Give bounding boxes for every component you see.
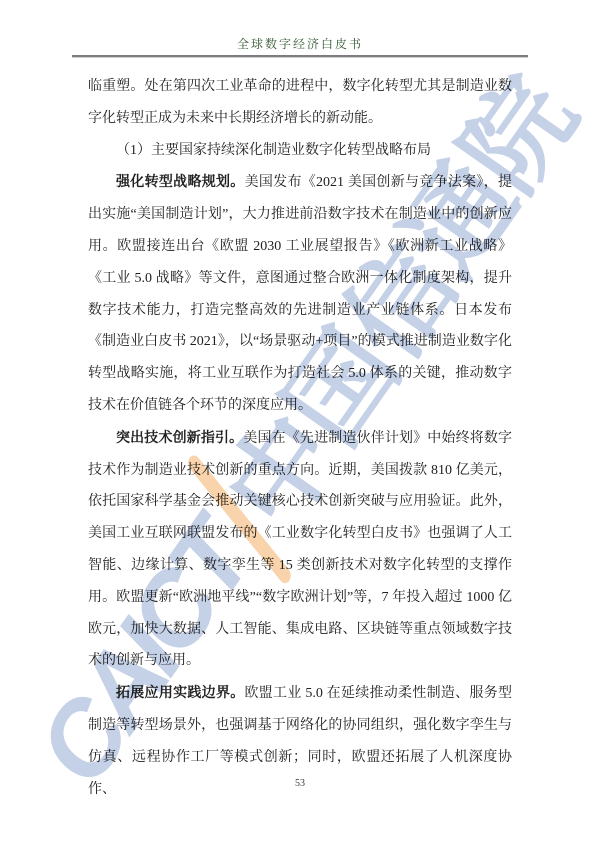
paragraph: （1）主要国家持续深化制造业数字化转型战略布局 <box>88 135 512 167</box>
body-text: 临重塑。处在第四次工业革命的进程中，数字化转型尤其是制造业数字化转型正成为未来中… <box>88 71 512 805</box>
paragraph-run: 临重塑。处在第四次工业革命的进程中，数字化转型尤其是制造业数字化转型正成为未来中… <box>88 79 512 126</box>
paragraph-run: （1）主要国家持续深化制造业数字化转型战略布局 <box>116 143 431 158</box>
page-header-title: 全球数字经济白皮书 <box>0 35 600 52</box>
paragraph: 强化转型战略规划。美国发布《2021 美国创新与竞争法案》，提出实施“美国制造计… <box>88 166 512 421</box>
paragraph-lead-bold: 强化转型战略规划。 <box>116 173 245 189</box>
paragraph-lead-bold: 突出技术创新指引。 <box>116 429 243 445</box>
paragraph: 临重塑。处在第四次工业革命的进程中，数字化转型尤其是制造业数字化转型正成为未来中… <box>88 71 512 135</box>
header-rule <box>72 55 528 58</box>
page-number: 53 <box>0 778 600 789</box>
paragraph-run: 美国在《先进制造伙伴计划》中始终将数字技术作为制造业技术创新的重点方向。近期，美… <box>88 431 512 669</box>
paragraph: 突出技术创新指引。美国在《先进制造伙伴计划》中始终将数字技术作为制造业技术创新的… <box>88 422 512 677</box>
document-page: 全球数字经济白皮书 临重塑。处在第四次工业革命的进程中，数字化转型尤其是制造业数… <box>0 0 600 848</box>
paragraph-run: 美国发布《2021 美国创新与竞争法案》，提出实施“美国制造计划”，大力推进前沿… <box>88 175 512 413</box>
paragraph-lead-bold: 拓展应用实践边界。 <box>116 684 245 700</box>
